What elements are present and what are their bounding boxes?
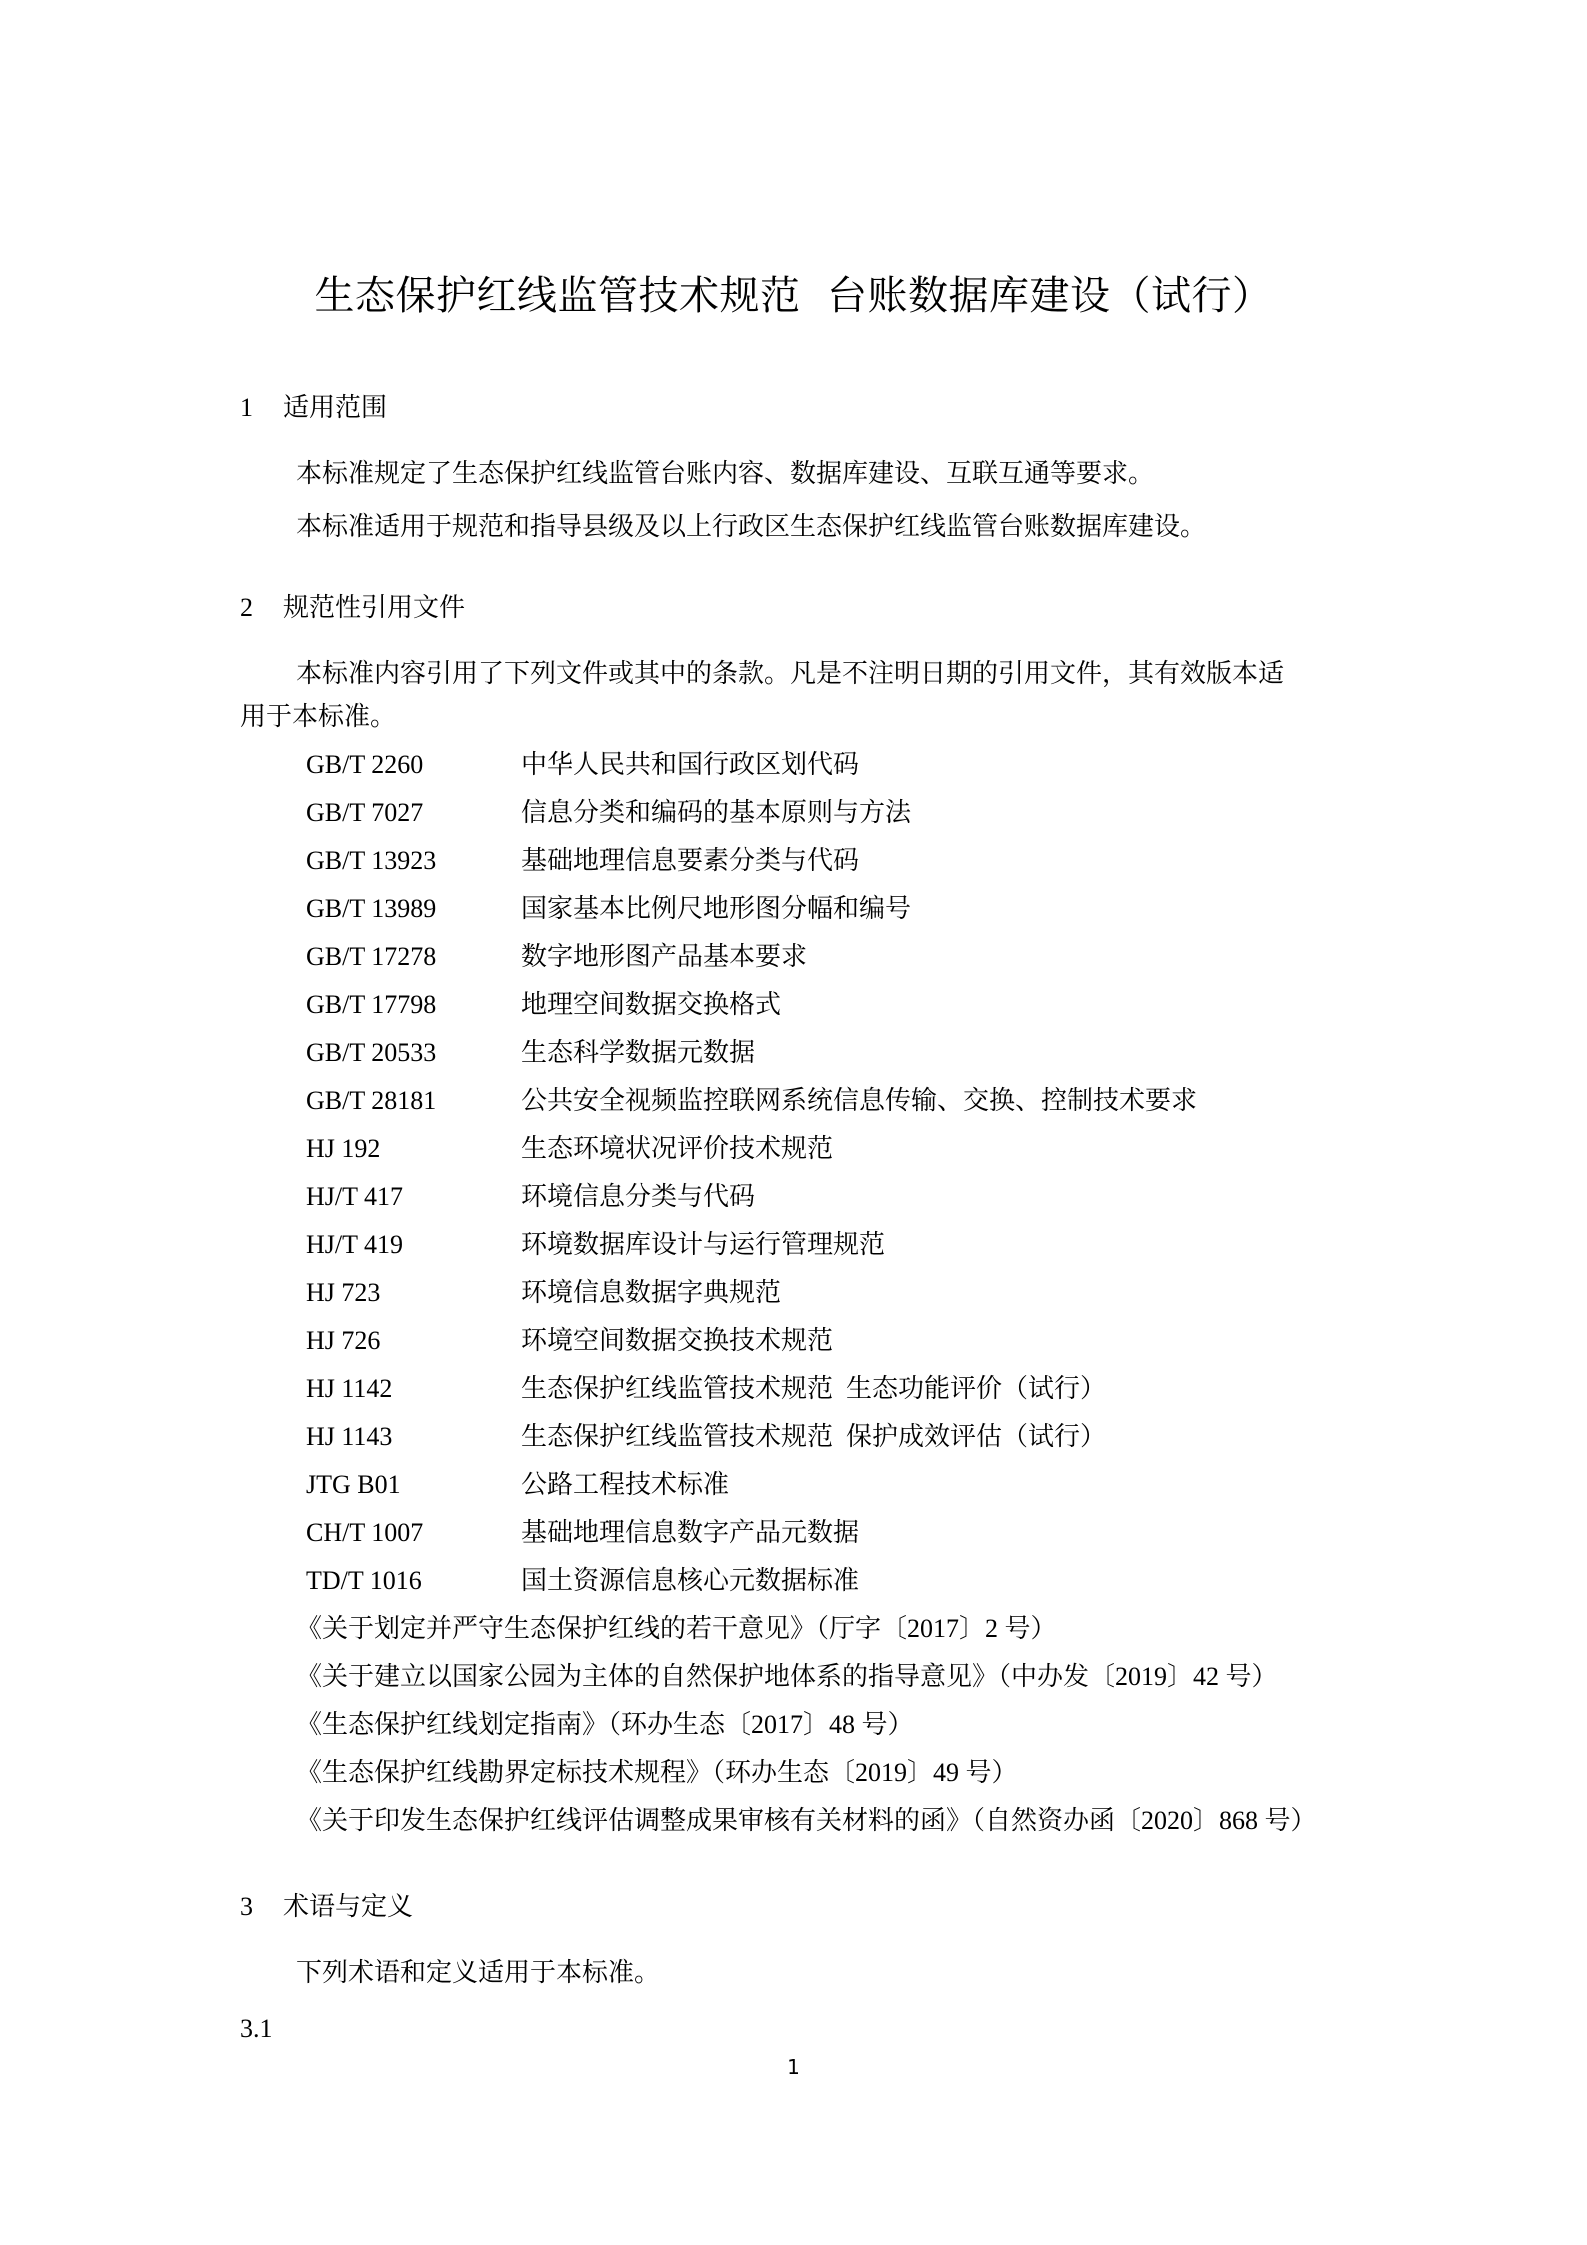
reference-item: TD/T 1016国土资源信息核心元数据标准 xyxy=(306,1563,859,1599)
reference-name: 地理空间数据交换格式 xyxy=(521,990,781,1019)
reference-item: HJ 723环境信息数据字典规范 xyxy=(306,1275,781,1311)
subsection-number: 3.1 xyxy=(240,2011,273,2047)
reference-item: GB/T 28181公共安全视频监控联网系统信息传输、交换、控制技术要求 xyxy=(306,1083,1197,1119)
reference-code: GB/T 17278 xyxy=(306,939,521,975)
reference-item: GB/T 13989国家基本比例尺地形图分幅和编号 xyxy=(306,891,911,927)
section-number: 3 xyxy=(240,1889,283,1925)
reference-item: CH/T 1007基础地理信息数字产品元数据 xyxy=(306,1515,859,1551)
section-title: 适用范围 xyxy=(283,393,387,423)
reference-code: GB/T 28181 xyxy=(306,1083,521,1119)
reference-code: HJ/T 419 xyxy=(306,1227,521,1263)
reference-item: GB/T 2260中华人民共和国行政区划代码 xyxy=(306,747,859,783)
section-heading-1: 1适用范围 xyxy=(240,390,387,426)
section-heading-3: 3术语与定义 xyxy=(240,1889,413,1925)
reference-code: HJ 723 xyxy=(306,1275,521,1311)
reference-code: GB/T 17798 xyxy=(306,987,521,1023)
reference-item: HJ 726环境空间数据交换技术规范 xyxy=(306,1323,833,1359)
reference-code: GB/T 13989 xyxy=(306,891,521,927)
section-heading-2: 2规范性引用文件 xyxy=(240,590,465,626)
reference-item: GB/T 17798地理空间数据交换格式 xyxy=(306,987,781,1023)
reference-code: HJ 726 xyxy=(306,1323,521,1359)
reference-name: 环境数据库设计与运行管理规范 xyxy=(521,1230,885,1259)
section-title: 术语与定义 xyxy=(283,1892,413,1922)
reference-code: HJ 1143 xyxy=(306,1419,521,1455)
reference-name: 生态科学数据元数据 xyxy=(521,1038,755,1067)
reference-item: HJ 1143生态保护红线监管技术规范 保护成效评估（试行） xyxy=(306,1419,1106,1455)
policy-document-item: 《生态保护红线划定指南》（环办生态〔2017〕48 号） xyxy=(296,1707,914,1743)
reference-name: 公共安全视频监控联网系统信息传输、交换、控制技术要求 xyxy=(521,1086,1197,1115)
paragraph: 本标准内容引用了下列文件或其中的条款。凡是不注明日期的引用文件，其有效版本适 xyxy=(296,656,1284,692)
reference-item: JTG B01公路工程技术标准 xyxy=(306,1467,729,1503)
reference-item: GB/T 13923基础地理信息要素分类与代码 xyxy=(306,843,859,879)
reference-item: GB/T 20533生态科学数据元数据 xyxy=(306,1035,755,1071)
reference-name: 环境空间数据交换技术规范 xyxy=(521,1326,833,1355)
reference-code: HJ/T 417 xyxy=(306,1179,521,1215)
section-number: 1 xyxy=(240,390,283,426)
reference-item: GB/T 17278数字地形图产品基本要求 xyxy=(306,939,807,975)
reference-name: 信息分类和编码的基本原则与方法 xyxy=(521,798,911,827)
policy-document-item: 《关于印发生态保护红线评估调整成果审核有关材料的函》（自然资办函〔2020〕86… xyxy=(296,1803,1317,1839)
reference-name: 国土资源信息核心元数据标准 xyxy=(521,1566,859,1595)
document-title: 生态保护红线监管技术规范 台账数据库建设（试行） xyxy=(0,268,1587,324)
reference-code: GB/T 2260 xyxy=(306,747,521,783)
section-title: 规范性引用文件 xyxy=(283,593,465,623)
paragraph-continuation: 用于本标准。 xyxy=(240,699,396,735)
policy-document-item: 《关于划定并严守生态保护红线的若干意见》（厅字〔2017〕2 号） xyxy=(296,1611,1057,1647)
reference-code: GB/T 13923 xyxy=(306,843,521,879)
reference-item: HJ 1142生态保护红线监管技术规范 生态功能评价（试行） xyxy=(306,1371,1106,1407)
paragraph: 本标准规定了生态保护红线监管台账内容、数据库建设、互联互通等要求。 xyxy=(296,456,1154,492)
policy-document-item: 《关于建立以国家公园为主体的自然保护地体系的指导意见》（中办发〔2019〕42 … xyxy=(296,1659,1278,1695)
paragraph: 本标准适用于规范和指导县级及以上行政区生态保护红线监管台账数据库建设。 xyxy=(296,509,1206,545)
reference-name: 环境信息分类与代码 xyxy=(521,1182,755,1211)
document-page: 生态保护红线监管技术规范 台账数据库建设（试行） 1适用范围 本标准规定了生态保… xyxy=(0,0,1587,2245)
reference-name: 公路工程技术标准 xyxy=(521,1470,729,1499)
reference-name: 中华人民共和国行政区划代码 xyxy=(521,750,859,779)
reference-code: CH/T 1007 xyxy=(306,1515,521,1551)
reference-name: 数字地形图产品基本要求 xyxy=(521,942,807,971)
reference-item: HJ/T 419环境数据库设计与运行管理规范 xyxy=(306,1227,885,1263)
paragraph: 下列术语和定义适用于本标准。 xyxy=(296,1955,660,1991)
reference-name: 环境信息数据字典规范 xyxy=(521,1278,781,1307)
reference-code: JTG B01 xyxy=(306,1467,521,1503)
reference-item: GB/T 7027信息分类和编码的基本原则与方法 xyxy=(306,795,911,831)
page-number: 1 xyxy=(0,2055,1587,2079)
reference-name: 国家基本比例尺地形图分幅和编号 xyxy=(521,894,911,923)
reference-code: TD/T 1016 xyxy=(306,1563,521,1599)
reference-item: HJ/T 417环境信息分类与代码 xyxy=(306,1179,755,1215)
reference-name: 生态保护红线监管技术规范 生态功能评价（试行） xyxy=(521,1374,1106,1403)
reference-item: HJ 192生态环境状况评价技术规范 xyxy=(306,1131,833,1167)
reference-code: HJ 1142 xyxy=(306,1371,521,1407)
reference-name: 生态环境状况评价技术规范 xyxy=(521,1134,833,1163)
reference-code: GB/T 20533 xyxy=(306,1035,521,1071)
reference-code: GB/T 7027 xyxy=(306,795,521,831)
reference-name: 基础地理信息要素分类与代码 xyxy=(521,846,859,875)
reference-code: HJ 192 xyxy=(306,1131,521,1167)
reference-name: 基础地理信息数字产品元数据 xyxy=(521,1518,859,1547)
policy-document-item: 《生态保护红线勘界定标技术规程》（环办生态〔2019〕49 号） xyxy=(296,1755,1018,1791)
reference-name: 生态保护红线监管技术规范 保护成效评估（试行） xyxy=(521,1422,1106,1451)
section-number: 2 xyxy=(240,590,283,626)
